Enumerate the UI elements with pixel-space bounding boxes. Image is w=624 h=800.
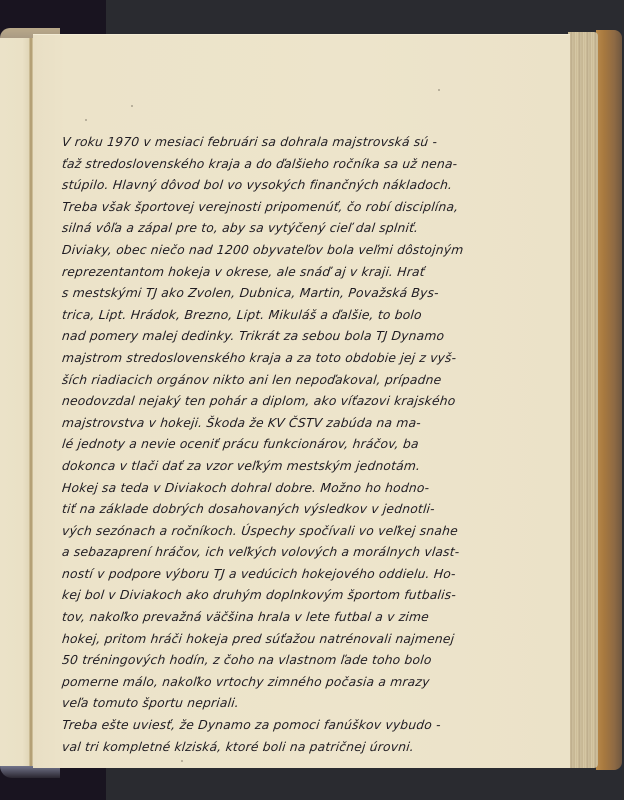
text-line: a sebazaprení hráčov, ich veľkých volový… (61, 542, 543, 564)
text-line: ťaž stredoslovenského kraja a do ďalšieh… (61, 154, 543, 176)
paper-speck (181, 760, 183, 762)
text-line: 50 tréningových hodín, z čoho na vlastno… (61, 650, 543, 672)
paper-speck (85, 119, 87, 121)
text-line: Treba však športovej verejnosti pripomen… (61, 197, 543, 219)
text-line: s mestskými TJ ako Zvolen, Dubnica, Mart… (61, 283, 543, 305)
text-line: dokonca v tlači dať za vzor veľkým mests… (61, 456, 543, 478)
text-line: veľa tomuto športu nepriali. (61, 693, 543, 715)
text-line: majstrom stredoslovenského kraja a za to… (61, 348, 543, 370)
text-line: lé jednoty a nevie oceniť prácu funkcion… (61, 434, 543, 456)
text-line: kej bol v Diviakoch ako druhým doplnkový… (61, 585, 543, 607)
text-line: majstrovstva v hokeji. Škoda že KV ČSTV … (61, 413, 543, 435)
text-line: neodovzdal nejaký ten pohár a diplom, ak… (61, 391, 543, 413)
text-line: V roku 1970 v mesiaci februári sa dohral… (61, 132, 543, 154)
handwritten-text-block: V roku 1970 v mesiaci februári sa dohral… (62, 132, 542, 758)
text-line: ností v podpore výboru TJ a vedúcich hok… (61, 564, 543, 586)
text-line: silná vôľa a zápal pre to, aby sa vytýče… (61, 218, 543, 240)
left-page (0, 38, 32, 766)
text-line: Hokej sa teda v Diviakoch dohral dobre. … (61, 478, 543, 500)
text-line: tov, nakoľko prevažná väčšina hrala v le… (61, 607, 543, 629)
text-line: reprezentantom hokeja v okrese, ale snáď… (61, 262, 543, 284)
text-line: stúpilo. Hlavný dôvod bol vo vysokých fi… (61, 175, 543, 197)
paper-speck (131, 105, 133, 107)
paper-speck (438, 89, 440, 91)
page-stack-edges (568, 32, 598, 768)
text-line: hokej, pritom hráči hokeja pred súťažou … (61, 629, 543, 651)
text-line: nad pomery malej dedinky. Trikrát za seb… (61, 326, 543, 348)
text-line: val tri kompletné klziská, ktoré boli na… (61, 737, 543, 759)
book-cover-right-edge (596, 30, 622, 770)
text-line: Treba ešte uviesť, že Dynamo za pomoci f… (61, 715, 543, 737)
text-line: pomerne málo, nakoľko vrtochy zimného po… (61, 672, 543, 694)
text-line: vých sezónach a ročníkoch. Úspechy spočí… (61, 521, 543, 543)
text-line: ších riadiacich orgánov nikto ani len ne… (61, 370, 543, 392)
text-line: Diviaky, obec niečo nad 1200 obyvateľov … (61, 240, 543, 262)
text-line: tiť na základe dobrých dosahovaných výsl… (61, 499, 543, 521)
text-line: trica, Lipt. Hrádok, Brezno, Lipt. Mikul… (61, 305, 543, 327)
